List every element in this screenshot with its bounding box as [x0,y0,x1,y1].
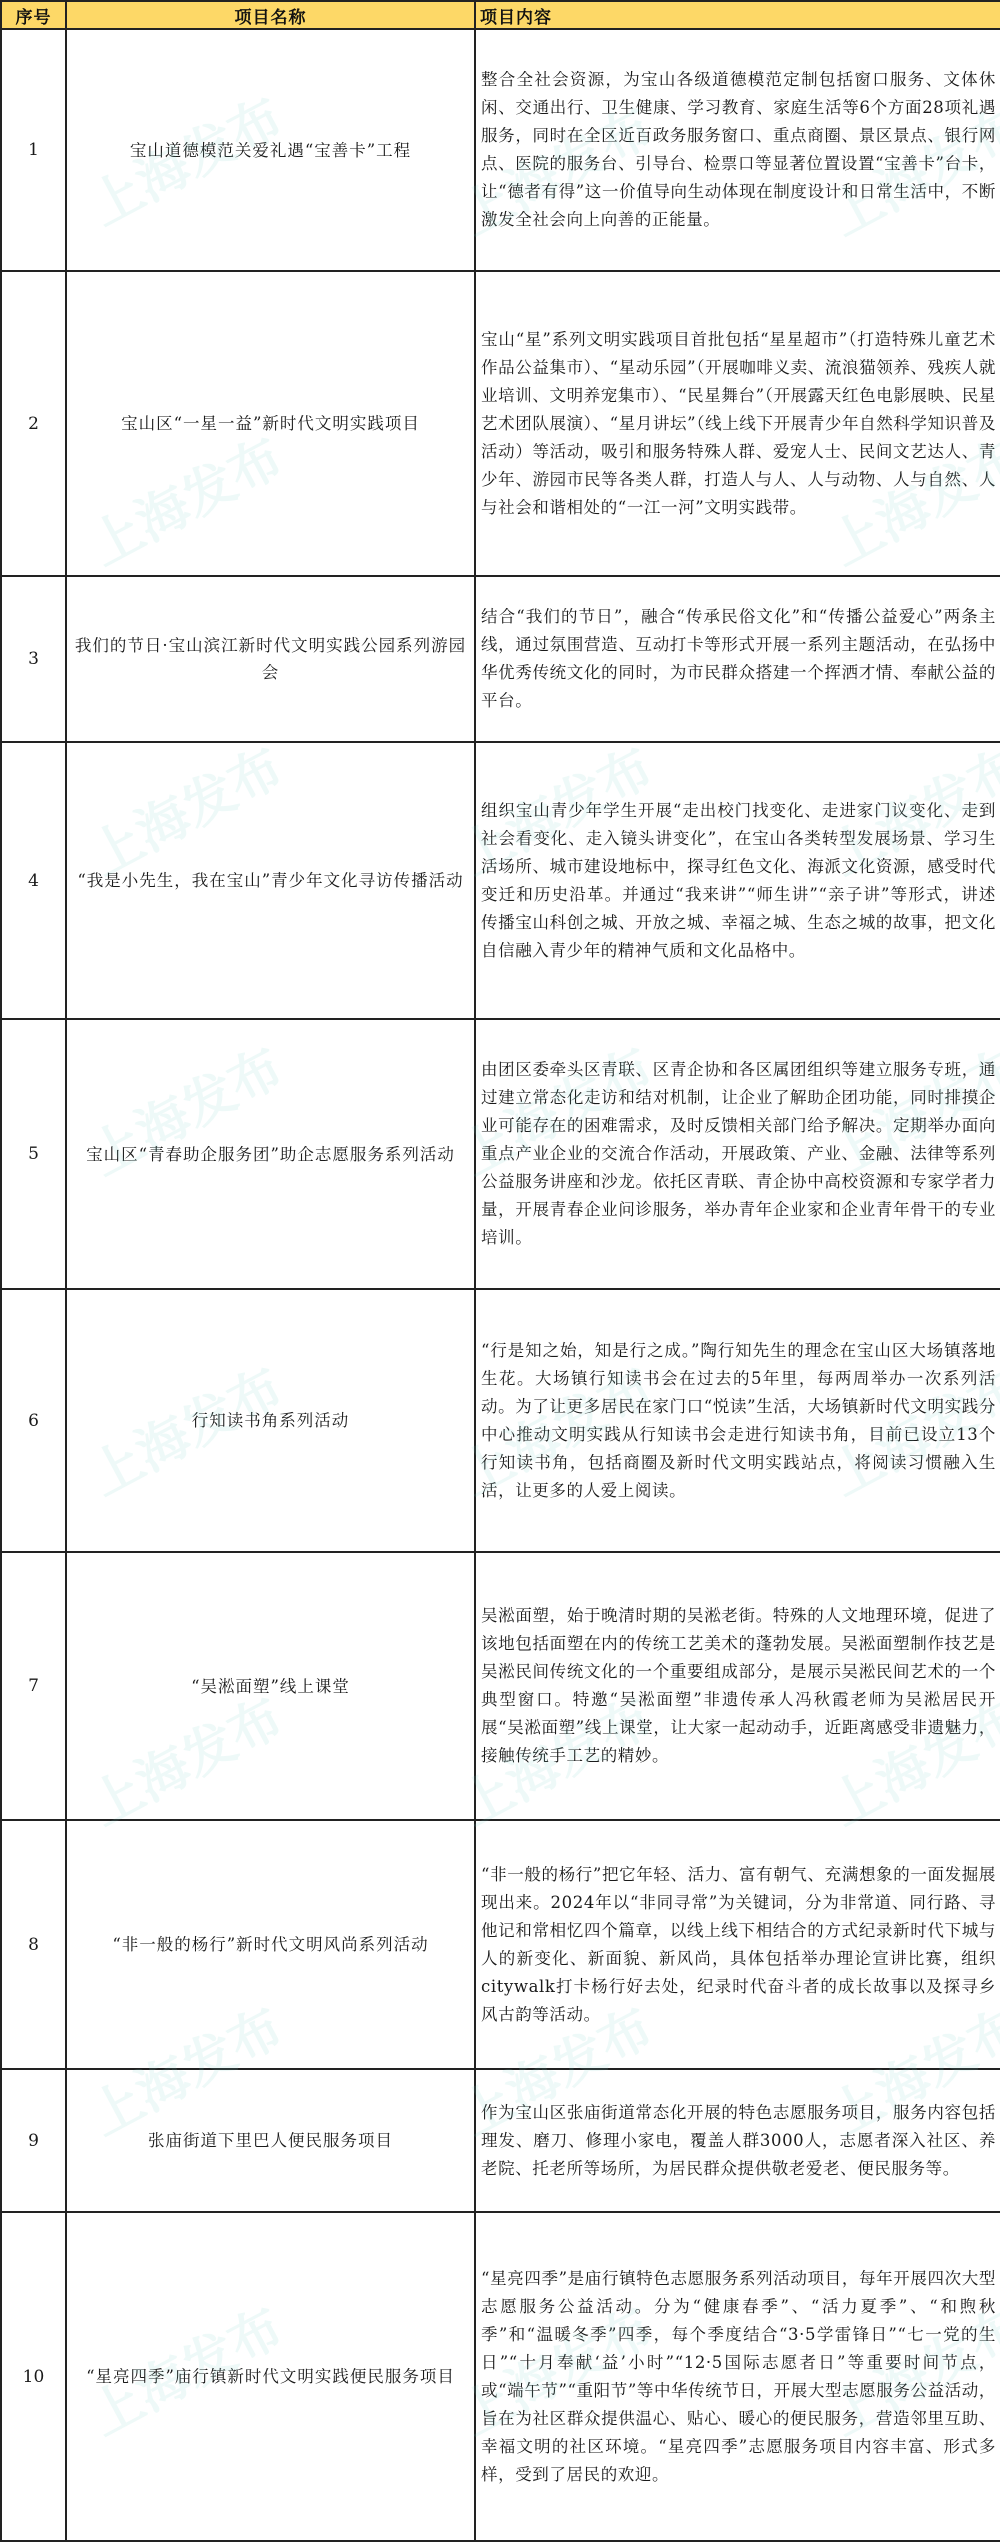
row-index: 6 [1,1289,66,1552]
row-project-name: 行知读书角系列活动 [66,1289,475,1552]
row-project-name: 张庙街道下里巴人便民服务项目 [66,2069,475,2212]
row-project-content: 整合全社会资源，为宝山各级道德模范定制包括窗口服务、文体休闲、交通出行、卫生健康… [475,29,1000,271]
row-index: 5 [1,1019,66,1289]
row-index: 7 [1,1552,66,1820]
row-index: 3 [1,576,66,742]
row-project-name: “非一般的杨行”新时代文明风尚系列活动 [66,1820,475,2069]
header-index: 序号 [1,1,66,29]
table-header-row: 序号 项目名称 项目内容 [1,1,1000,29]
row-project-content: “非一般的杨行”把它年轻、活力、富有朝气、充满想象的一面发掘展现出来。2024年… [475,1820,1000,2069]
header-project-content: 项目内容 [475,1,1000,29]
row-index: 2 [1,271,66,576]
table-row: 6 行知读书角系列活动 “行是知之始，知是行之成。”陶行知先生的理念在宝山区大场… [1,1289,1000,1552]
table-row: 5 宝山区“青春助企服务团”助企志愿服务系列活动 由团区委牵头区青联、区青企协和… [1,1019,1000,1289]
row-index: 4 [1,742,66,1019]
row-project-name: “吴淞面塑”线上课堂 [66,1552,475,1820]
row-index: 10 [1,2212,66,2541]
row-index: 8 [1,1820,66,2069]
row-project-content: “行是知之始，知是行之成。”陶行知先生的理念在宝山区大场镇落地生花。大场镇行知读… [475,1289,1000,1552]
row-project-name: 宝山道德模范关爱礼遇“宝善卡”工程 [66,29,475,271]
row-project-name: 宝山区“一星一益”新时代文明实践项目 [66,271,475,576]
row-project-content: 宝山“星”系列文明实践项目首批包括“星星超市”（打造特殊儿童艺术作品公益集市）、… [475,271,1000,576]
row-project-content: 结合“我们的节日”，融合“传承民俗文化”和“传播公益爱心”两条主线，通过氛围营造… [475,576,1000,742]
row-index: 1 [1,29,66,271]
row-index: 9 [1,2069,66,2212]
row-project-content: 组织宝山青少年学生开展“走出校门找变化、走进家门议变化、走到社会看变化、走入镜头… [475,742,1000,1019]
row-project-name: “我是小先生，我在宝山”青少年文化寻访传播活动 [66,742,475,1019]
row-project-name: 我们的节日·宝山滨江新时代文明实践公园系列游园会 [66,576,475,742]
row-project-name: 宝山区“青春助企服务团”助企志愿服务系列活动 [66,1019,475,1289]
table-row: 3 我们的节日·宝山滨江新时代文明实践公园系列游园会 结合“我们的节日”，融合“… [1,576,1000,742]
row-project-content: 吴淞面塑，始于晚清时期的吴淞老街。特殊的人文地理环境，促进了该地包括面塑在内的传… [475,1552,1000,1820]
table-row: 7 “吴淞面塑”线上课堂 吴淞面塑，始于晚清时期的吴淞老街。特殊的人文地理环境，… [1,1552,1000,1820]
header-project-name: 项目名称 [66,1,475,29]
table-row: 2 宝山区“一星一益”新时代文明实践项目 宝山“星”系列文明实践项目首批包括“星… [1,271,1000,576]
table-row: 4 “我是小先生，我在宝山”青少年文化寻访传播活动 组织宝山青少年学生开展“走出… [1,742,1000,1019]
row-project-content: “星亮四季”是庙行镇特色志愿服务系列活动项目，每年开展四次大型志愿服务公益活动。… [475,2212,1000,2541]
row-project-content: 作为宝山区张庙街道常态化开展的特色志愿服务项目，服务内容包括理发、磨刀、修理小家… [475,2069,1000,2212]
row-project-name: “星亮四季”庙行镇新时代文明实践便民服务项目 [66,2212,475,2541]
row-project-content: 由团区委牵头区青联、区青企协和各区属团组织等建立服务专班，通过建立常态化走访和结… [475,1019,1000,1289]
project-table: 序号 项目名称 项目内容 1 宝山道德模范关爱礼遇“宝善卡”工程 整合全社会资源… [0,0,1000,2542]
table-row: 10 “星亮四季”庙行镇新时代文明实践便民服务项目 “星亮四季”是庙行镇特色志愿… [1,2212,1000,2541]
table-row: 9 张庙街道下里巴人便民服务项目 作为宝山区张庙街道常态化开展的特色志愿服务项目… [1,2069,1000,2212]
table-row: 8 “非一般的杨行”新时代文明风尚系列活动 “非一般的杨行”把它年轻、活力、富有… [1,1820,1000,2069]
table-row: 1 宝山道德模范关爱礼遇“宝善卡”工程 整合全社会资源，为宝山各级道德模范定制包… [1,29,1000,271]
